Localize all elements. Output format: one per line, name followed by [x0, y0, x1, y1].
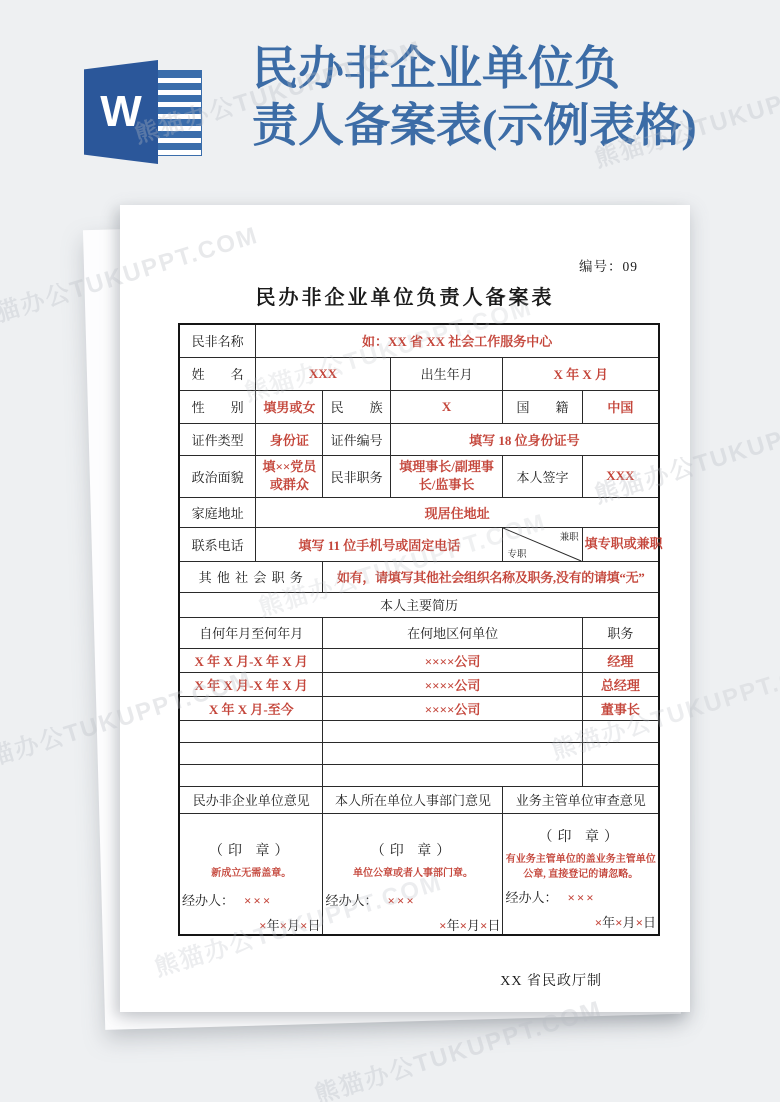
row-other-duties: 其 他 社 会 职 务 如有，请填写其他社会组织名称及职务,没有的请填“无” [179, 561, 659, 592]
parttime-label: 兼职 [560, 529, 579, 543]
politics-value: 填××党员或群众 [256, 455, 323, 497]
word-w-flap-icon: W [84, 60, 158, 164]
resume-row: X 年 X 月-X 年 X 月 ××××公司 总经理 [179, 672, 659, 696]
row-address: 家庭地址 现居住地址 [179, 497, 659, 527]
issuing-authority: XX 省民政厅制 [120, 970, 690, 990]
empty-cell [323, 742, 582, 764]
duty-type-split-cell: 兼职 专职 [503, 527, 582, 561]
agent-value: ××× [234, 893, 272, 908]
date-line: ×年×月×日 [505, 912, 656, 931]
resume-row: X 年 X 月-X 年 X 月 ××××公司 经理 [179, 648, 659, 672]
id-no-label: 证件编号 [323, 423, 390, 455]
row-resume-header: 本人主要简历 [179, 592, 659, 617]
name-value: 如：XX 省 XX 社会工作服务中心 [256, 324, 659, 357]
opinion-supervisor-label: 业务主管单位审查意见 [503, 786, 659, 813]
empty-cell [179, 764, 323, 786]
resume-period: X 年 X 月-X 年 X 月 [179, 648, 323, 672]
empty-cell [323, 764, 582, 786]
stamp-cell-hr: （印 章） 单位公章或者人事部门章。 经办人：××× ×年×月×日 [323, 813, 503, 935]
nationality-value: 中国 [582, 390, 659, 423]
stamp-cell-unit: （印 章） 新成立无需盖章。 经办人：××× ×年×月×日 [179, 813, 323, 935]
resume-period: X 年 X 月-至今 [179, 696, 323, 720]
phone-label: 联系电话 [179, 527, 256, 561]
position-label: 民非职务 [323, 455, 390, 497]
resume-post: 经理 [582, 648, 659, 672]
opinion-unit-label: 民办非企业单位意见 [179, 786, 323, 813]
resume-row: X 年 X 月-至今 ××××公司 董事长 [179, 696, 659, 720]
position-value: 填理事长/副理事长/监事长 [390, 455, 503, 497]
empty-cell [582, 720, 659, 742]
opinion-hr-label: 本人所在单位人事部门意见 [323, 786, 503, 813]
resume-header: 本人主要简历 [179, 592, 659, 617]
row-gender-ethnic-nationality: 性 别 填男或女 民 族 X 国 籍 中国 [179, 390, 659, 423]
stamp-note: 有业务主管单位的盖业务主管单位公章, 直接登记的请忽略。 [505, 852, 656, 882]
resume-col-unit: 在何地区何单位 [323, 617, 582, 648]
agent-line: 经办人：××× [182, 890, 320, 909]
id-type-label: 证件类型 [179, 423, 256, 455]
row-opinion-headers: 民办非企业单位意见 本人所在单位人事部门意见 业务主管单位审查意见 [179, 786, 659, 813]
registration-form-table: 民非名称 如：XX 省 XX 社会工作服务中心 姓 名 XXX 出生年月 X 年… [178, 323, 660, 936]
empty-cell [582, 764, 659, 786]
row-resume-columns: 自何年月至何年月 在何地区何单位 职务 [179, 617, 659, 648]
document-title-line2: 责人备案表(示例表格) [252, 97, 777, 154]
row-politics-position-sign: 政治面貌 填××党员或群众 民非职务 填理事长/副理事长/监事长 本人签字 XX… [179, 455, 659, 497]
duty-value: 填专职或兼职 [582, 527, 659, 561]
resume-empty-row [179, 742, 659, 764]
stamp-note: 新成立无需盖章。 [182, 866, 320, 881]
address-label: 家庭地址 [179, 497, 256, 527]
agent-line: 经办人：××× [505, 887, 656, 906]
birth-label: 出生年月 [390, 357, 503, 390]
seal-placeholder: （印 章） [505, 826, 656, 846]
address-value: 现居住地址 [256, 497, 659, 527]
sign-label: 本人签字 [503, 455, 582, 497]
nationality-label: 国 籍 [503, 390, 582, 423]
agent-label: 经办人： [505, 890, 557, 905]
stamp-cell-supervisor: （印 章） 有业务主管单位的盖业务主管单位公章, 直接登记的请忽略。 经办人：×… [503, 813, 659, 935]
resume-unit: ××××公司 [323, 648, 582, 672]
empty-cell [582, 742, 659, 764]
id-no-value: 填写 18 位身份证号 [390, 423, 659, 455]
ethnic-value: X [390, 390, 503, 423]
agent-value: ××× [557, 890, 595, 905]
empty-cell [179, 720, 323, 742]
gender-label: 性 别 [179, 390, 256, 423]
agent-label: 经办人： [182, 893, 234, 908]
ethnic-label: 民 族 [323, 390, 390, 423]
resume-post: 总经理 [582, 672, 659, 696]
resume-unit: ××××公司 [323, 672, 582, 696]
row-id: 证件类型 身份证 证件编号 填写 18 位身份证号 [179, 423, 659, 455]
surname-value: XXX [256, 357, 390, 390]
page-header: W 民办非企业单位负 责人备案表(示例表格) [0, 0, 780, 190]
row-surname-birth: 姓 名 XXX 出生年月 X 年 X 月 [179, 357, 659, 390]
other-label: 其 他 社 会 职 务 [179, 561, 323, 592]
surname-label: 姓 名 [179, 357, 256, 390]
agent-line: 经办人：××× [325, 890, 500, 909]
politics-label: 政治面貌 [179, 455, 256, 497]
phone-value: 填写 11 位手机号或固定电话 [256, 527, 503, 561]
resume-period: X 年 X 月-X 年 X 月 [179, 672, 323, 696]
resume-post: 董事长 [582, 696, 659, 720]
document-title: 民办非企业单位负 责人备案表(示例表格) [252, 40, 777, 154]
fulltime-label: 专职 [507, 546, 526, 560]
resume-unit: ××××公司 [323, 696, 582, 720]
row-stamps: （印 章） 新成立无需盖章。 经办人：××× ×年×月×日 （印 章） 单位公章… [179, 813, 659, 935]
seal-placeholder: （印 章） [325, 840, 500, 860]
row-name: 民非名称 如：XX 省 XX 社会工作服务中心 [179, 324, 659, 357]
paper-sheet: 编号：09 民办非企业单位负责人备案表 民非名称 如：XX 省 XX 社会工作服… [120, 205, 690, 1012]
word-letter: W [100, 90, 142, 134]
seal-placeholder: （印 章） [182, 840, 320, 860]
row-phone: 联系电话 填写 11 位手机号或固定电话 兼职 专职 填专职或兼职 [179, 527, 659, 561]
name-label: 民非名称 [179, 324, 256, 357]
id-type-value: 身份证 [256, 423, 323, 455]
word-file-icon: W [84, 60, 202, 164]
resume-empty-row [179, 720, 659, 742]
resume-col-post: 职务 [582, 617, 659, 648]
sign-value: XXX [582, 455, 659, 497]
date-line: ×年×月×日 [325, 915, 500, 934]
document-title-line1: 民办非企业单位负 [252, 40, 777, 97]
date-line: ×年×月×日 [182, 915, 320, 934]
serial-number: 编号：09 [120, 205, 690, 275]
empty-cell [179, 742, 323, 764]
other-value: 如有，请填写其他社会组织名称及职务,没有的请填“无” [323, 561, 659, 592]
resume-empty-row [179, 764, 659, 786]
agent-value: ××× [378, 893, 416, 908]
birth-value: X 年 X 月 [503, 357, 659, 390]
stamp-note: 单位公章或者人事部门章。 [325, 866, 500, 881]
form-title: 民办非企业单位负责人备案表 [120, 281, 690, 310]
gender-value: 填男或女 [256, 390, 323, 423]
agent-label: 经办人： [325, 893, 377, 908]
resume-col-period: 自何年月至何年月 [179, 617, 323, 648]
empty-cell [323, 720, 582, 742]
